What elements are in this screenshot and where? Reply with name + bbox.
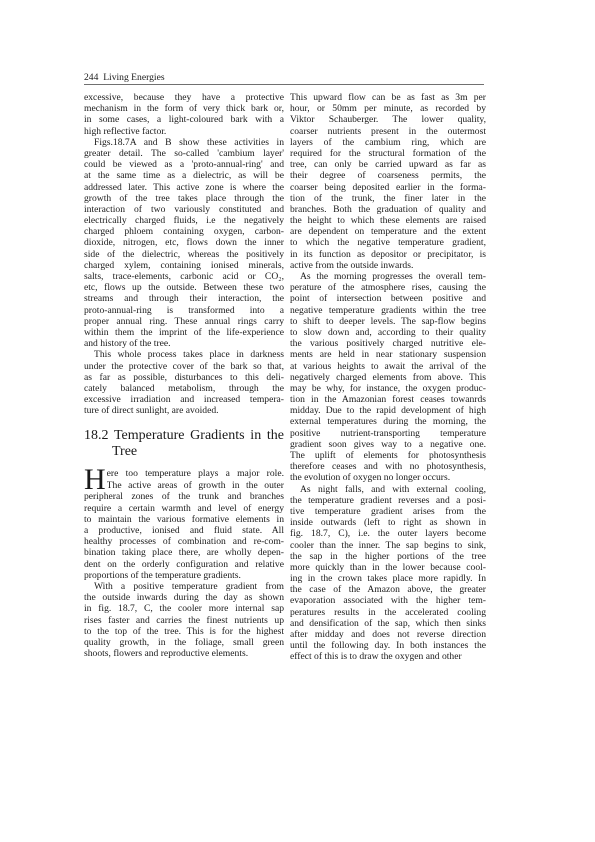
paragraph: excessive, because they have a protectiv… bbox=[84, 92, 284, 137]
text-line: cooler than the inner. The sap begins to… bbox=[290, 540, 486, 551]
text-line: This upward flow can be as fast as 3m pe… bbox=[290, 92, 486, 103]
text-line: to the top of the tree. This is for the … bbox=[84, 626, 284, 637]
text-line: high reflective factor. bbox=[84, 126, 284, 137]
text-line: quality growth, in the foliage, small gr… bbox=[84, 637, 284, 648]
text-line: charged xylem, containing ionised minera… bbox=[84, 260, 284, 271]
text-line: the temperature gradient reverses and a … bbox=[290, 495, 486, 506]
text-line: their degree of coarseness permits, the bbox=[290, 170, 486, 181]
text-line: proper annual ring. These annual rings c… bbox=[84, 316, 284, 327]
left-column: excessive, because they have a protectiv… bbox=[84, 92, 284, 659]
text-line: peripheral zones of the trunk and branch… bbox=[84, 491, 284, 502]
dropcap-lines: ere too temperature plays a major role.T… bbox=[84, 468, 284, 490]
text-line: and history of the tree. bbox=[84, 338, 284, 349]
text-line: layers of the cambium ring, which are bbox=[290, 137, 486, 148]
text-line: tive temperature gradient arises from th… bbox=[290, 506, 486, 517]
text-line: to shift to deeper levels. The sap-flow … bbox=[290, 316, 486, 327]
text-line: required for the structural formation of… bbox=[290, 148, 486, 159]
paragraph: As the morning progresses the overall te… bbox=[290, 271, 486, 484]
text-line: negative temperature gradients within th… bbox=[290, 305, 486, 316]
text-line: tion in the Amazonian forest ceases towa… bbox=[290, 394, 486, 405]
text-line: addressed later. This active zone is whe… bbox=[84, 182, 284, 193]
text-line: are dependent on temperature and the ext… bbox=[290, 226, 486, 237]
text-line: healthy processes of combination and re-… bbox=[84, 536, 284, 547]
running-header: 244 Living Energies bbox=[84, 71, 484, 84]
paragraph: peripheral zones of the trunk and branch… bbox=[84, 491, 284, 581]
text-line: The uplift of elements for photosynthesi… bbox=[290, 450, 486, 461]
text-line: positive nutrient-transporting temperatu… bbox=[290, 428, 486, 439]
text-line: As night falls, and with external coolin… bbox=[290, 484, 486, 495]
drop-cap: H bbox=[84, 469, 106, 491]
text-line: could be viewed as a 'proto-annual-ring'… bbox=[84, 159, 284, 170]
section-heading-line2: Tree bbox=[84, 444, 284, 460]
text-line: electrically charged fluids, i.e the neg… bbox=[84, 215, 284, 226]
text-line: rises faster and carries the finest nutr… bbox=[84, 615, 284, 626]
text-line: the outside inwards during the day as sh… bbox=[84, 592, 284, 603]
text-line: excessive, because they have a protectiv… bbox=[84, 92, 284, 103]
running-title: Living Energies bbox=[103, 72, 164, 83]
text-line: to slow down and, according to their qua… bbox=[290, 327, 486, 338]
text-line: ments are held in near stationary suspen… bbox=[290, 349, 486, 360]
text-line: in its function as depositor or precipit… bbox=[290, 249, 486, 260]
text-line: point of intersection between positive a… bbox=[290, 293, 486, 304]
text-line: require a certain warmth and level of en… bbox=[84, 503, 284, 514]
text-line: interaction of two variously constituted… bbox=[84, 204, 284, 215]
text-line: midday. Due to the rapid development of … bbox=[290, 405, 486, 416]
text-line: peratures results in the accelerated coo… bbox=[290, 607, 486, 618]
text-line: evaporation associated with the higher t… bbox=[290, 595, 486, 606]
text-line: perature of the atmosphere rises, causin… bbox=[290, 282, 486, 293]
text-line: to maintain the various formative elemen… bbox=[84, 514, 284, 525]
text-line: side of the dielectric, whereas the posi… bbox=[84, 249, 284, 260]
text-line: the various positively charged nutritive… bbox=[290, 338, 486, 349]
text-line: the case of the Amazon above, the greate… bbox=[290, 584, 486, 595]
text-line: at various heights to await the arrival … bbox=[290, 361, 486, 372]
paragraph: Figs.18.7A and B show these activities i… bbox=[84, 137, 284, 350]
text-line: Figs.18.7A and B show these activities i… bbox=[84, 137, 284, 148]
text-line: tion of the trunk, the finer later in th… bbox=[290, 193, 486, 204]
text-line: bination taking place there, are wholly … bbox=[84, 547, 284, 558]
text-line: dioxide, nitrogen, etc, flows down the i… bbox=[84, 237, 284, 248]
text-line: to which the negative temperature gradie… bbox=[290, 237, 486, 248]
text-line: tree, can only be carried upward as far … bbox=[290, 159, 486, 170]
text-line: streams and through their interaction, t… bbox=[84, 293, 284, 304]
text-line: growth of the tree takes place through t… bbox=[84, 193, 284, 204]
text-line: a productive, ionised and fluid state. A… bbox=[84, 525, 284, 536]
text-line: external temperatures during the morning… bbox=[290, 416, 486, 427]
text-line: in fig. 18.7, C, the cooler more interna… bbox=[84, 603, 284, 614]
text-line: under the protective cover of the bark s… bbox=[84, 361, 284, 372]
text-line: salts, trace-elements, carbonic acid or … bbox=[84, 271, 284, 282]
text-line: The active areas of growth in the outer bbox=[107, 480, 284, 491]
section-heading: 18.2 Temperature Gradients in the Tree bbox=[84, 428, 284, 460]
text-line: may be why, for instance, the oxygen pro… bbox=[290, 383, 486, 394]
text-line: the height to which these elements are r… bbox=[290, 215, 486, 226]
right-column: This upward flow can be as fast as 3m pe… bbox=[290, 92, 486, 663]
text-line: ing in the crown takes place more rapidl… bbox=[290, 573, 486, 584]
text-line: coarser nutrients present in the outermo… bbox=[290, 126, 486, 137]
text-line: at the same time as a dielectric, as wil… bbox=[84, 170, 284, 181]
text-line: branches. Both the graduation of quality… bbox=[290, 204, 486, 215]
text-line: Viktor Schauberger. The lower quality, bbox=[290, 114, 486, 125]
text-line: coarser being deposited earlier in the f… bbox=[290, 182, 486, 193]
text-line: excessive irradiation and increased temp… bbox=[84, 394, 284, 405]
paragraph: As night falls, and with external coolin… bbox=[290, 484, 486, 663]
text-line: until the following day. In both instanc… bbox=[290, 640, 486, 651]
paragraph: This upward flow can be as fast as 3m pe… bbox=[290, 92, 486, 271]
text-line: This whole process takes place in darkne… bbox=[84, 349, 284, 360]
text-line: proto-annual-ring is transformed into a bbox=[84, 305, 284, 316]
text-line: in some cases, a light-coloured bark wit… bbox=[84, 114, 284, 125]
text-line: hour, or 50mm per minute, as recorded by bbox=[290, 103, 486, 114]
text-line: therefore ceases and with no photosynthe… bbox=[290, 461, 486, 472]
text-line: greater detail. The so-called 'cambium l… bbox=[84, 148, 284, 159]
text-line: dent on the orderly configuration and re… bbox=[84, 559, 284, 570]
header-rule bbox=[84, 84, 484, 85]
dropcap-paragraph: H ere too temperature plays a major role… bbox=[84, 468, 284, 491]
text-line: more quickly than in the lower because c… bbox=[290, 562, 486, 573]
text-line: cately balanced metabolism, through the bbox=[84, 383, 284, 394]
text-line: inside outwards (left to right as shown … bbox=[290, 517, 486, 528]
text-line: With a positive temperature gradient fro… bbox=[84, 581, 284, 592]
text-line: gradient soon gives way to a negative on… bbox=[290, 439, 486, 450]
text-line: the sap in the higher portions of the tr… bbox=[290, 551, 486, 562]
text-line: ture of direct sunlight, are avoided. bbox=[84, 405, 284, 416]
text-line: ere too temperature plays a major role. bbox=[107, 468, 284, 479]
paragraph: This whole process takes place in darkne… bbox=[84, 349, 284, 416]
text-line: as far as possible, disturbances to this… bbox=[84, 372, 284, 383]
text-line: mechanism in the form of very thick bark… bbox=[84, 103, 284, 114]
text-line: active from the outside inwards. bbox=[290, 260, 486, 271]
text-line: within them the imprint of the life-expe… bbox=[84, 327, 284, 338]
text-line: after midday and does not reverse direct… bbox=[290, 629, 486, 640]
page-number: 244 bbox=[84, 72, 98, 83]
text-line: effect of this is to draw the oxygen and… bbox=[290, 651, 486, 662]
text-line: the evolution of oxygen no longer occurs… bbox=[290, 472, 486, 483]
text-line: shoots, flowers and reproductive element… bbox=[84, 648, 284, 659]
text-line: negatively charged elements from above. … bbox=[290, 372, 486, 383]
text-line: proportions of the temperature gradients… bbox=[84, 570, 284, 581]
text-line: As the morning progresses the overall te… bbox=[290, 271, 486, 282]
text-line: etc, flows up the outside. Between these… bbox=[84, 282, 284, 293]
text-line: charged phloem containing oxygen, carbon… bbox=[84, 226, 284, 237]
paragraph: With a positive temperature gradient fro… bbox=[84, 581, 284, 659]
text-line: fig. 18.7, C), i.e. the outer layers bec… bbox=[290, 528, 486, 539]
section-heading-line1: 18.2 Temperature Gradients in the bbox=[84, 428, 284, 444]
text-line: and densification of the sap, which then… bbox=[290, 618, 486, 629]
